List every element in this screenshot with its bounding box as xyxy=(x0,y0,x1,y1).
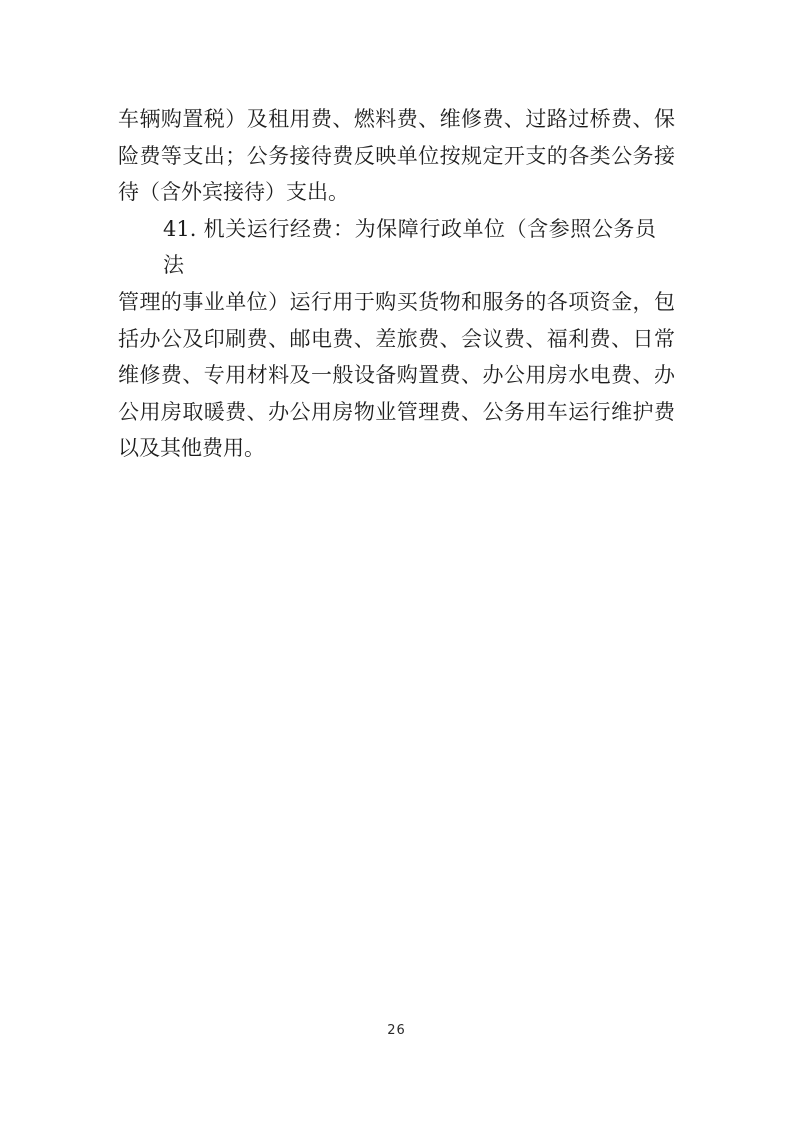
page-number: 26 xyxy=(0,1023,793,1038)
text-line: 公用房取暖费、办公用房物业管理费、公务用车运行维护费 xyxy=(118,394,675,431)
text-line: 险费等支出；公务接待费反映单位按规定开支的各类公务接 xyxy=(118,138,675,175)
body-text: 车辆购置税）及租用费、燃料费、维修费、过路过桥费、保 险费等支出；公务接待费反映… xyxy=(118,101,675,467)
text-line: 维修费、专用材料及一般设备购置费、办公用房水电费、办 xyxy=(118,357,675,394)
text-line: 车辆购置税）及租用费、燃料费、维修费、过路过桥费、保 xyxy=(118,101,675,138)
document-page: 车辆购置税）及租用费、燃料费、维修费、过路过桥费、保 险费等支出；公务接待费反映… xyxy=(0,0,793,1122)
paragraph-agency-operating-funds: 41. 机关运行经费：为保障行政单位（含参照公务员法 管理的事业单位）运行用于购… xyxy=(118,211,675,467)
text-line: 41. 机关运行经费：为保障行政单位（含参照公务员法 xyxy=(118,211,675,284)
paragraph-vehicle-and-reception-expenses: 车辆购置税）及租用费、燃料费、维修费、过路过桥费、保 险费等支出；公务接待费反映… xyxy=(118,101,675,211)
text-line: 括办公及印刷费、邮电费、差旅费、会议费、福利费、日常 xyxy=(118,321,675,358)
text-line: 待（含外宾接待）支出。 xyxy=(118,174,675,211)
text-line: 以及其他费用。 xyxy=(118,430,675,467)
text-line: 管理的事业单位）运行用于购买货物和服务的各项资金，包 xyxy=(118,284,675,321)
